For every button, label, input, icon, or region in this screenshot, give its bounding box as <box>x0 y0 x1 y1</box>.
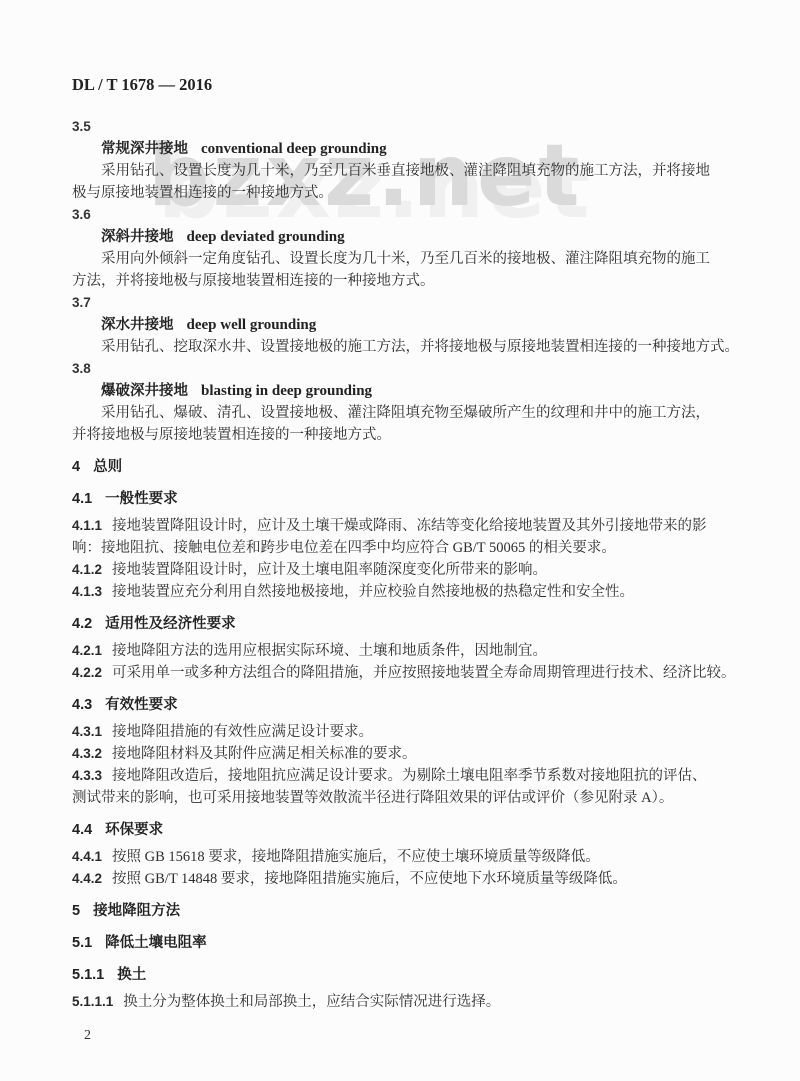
heading-number: 4.2 <box>72 616 92 632</box>
clause-paragraph: 4.3.1接地降阻措施的有效性应满足设计要求。 <box>72 721 744 743</box>
section-heading: 4.1一般性要求 <box>72 488 744 510</box>
term-english: blasting in deep grounding <box>201 383 372 399</box>
text-line: 4.3.3接地降阻改造后，接地阻抗应满足设计要求。为剔除土壤电阻率季节系数对接地… <box>72 765 744 787</box>
text-line: 极与原接地装置相连接的一种接地方式。 <box>72 182 744 204</box>
clause-item-text: 接地降阻措施的有效性应满足设计要求。 <box>112 724 373 740</box>
term-english: deep well grounding <box>187 317 317 333</box>
heading-title: 接地降阻方法 <box>93 903 180 919</box>
heading-number: 4.1 <box>72 491 92 507</box>
term-english: deep deviated grounding <box>187 229 345 245</box>
clause-paragraph: 4.1.1接地装置降阻设计时，应计及土壤干燥或降雨、冻结等变化给接地装置及其外引… <box>72 515 744 559</box>
clause-item-number: 4.2.2 <box>72 665 102 680</box>
heading-number: 5 <box>72 903 80 919</box>
text-line: 4.4.2按照 GB/T 14848 要求，接地降阻措施实施后，不应使地下水环境… <box>72 868 744 890</box>
clause-item-number: 4.2.1 <box>72 643 102 658</box>
clause-item-text: 按照 GB 15618 要求，接地降阻措施实施后，不应使土壤环境质量等级降低。 <box>112 849 600 865</box>
term-definition-heading: 深斜井接地deep deviated grounding <box>72 226 744 248</box>
section-heading: 4.3有效性要求 <box>72 694 744 716</box>
text-line: 采用钻孔、挖取深水井、设置接地极的施工方法，并将接地极与原接地装置相连接的一种接… <box>72 336 744 358</box>
clause-paragraph: 4.1.2接地装置降阻设计时，应计及土壤电阻率随深度变化所带来的影响。 <box>72 559 744 581</box>
chapter-heading: 4总则 <box>72 456 744 478</box>
clause-item-number: 5.1.1.1 <box>72 994 113 1009</box>
clause-item-text: 接地降阻方法的选用应根据实际环境、土壤和地质条件，因地制宜。 <box>112 643 547 659</box>
term-english: conventional deep grounding <box>201 141 387 157</box>
text-line: 响：接地阻抗、接触电位差和跨步电位差在四季中均应符合 GB/T 50065 的相… <box>72 537 744 559</box>
term-chinese: 常规深井接地 <box>101 141 188 157</box>
text-line: 采用钻孔、爆破、清孔、设置接地极、灌注降阻填充物至爆破所产生的纹理和井中的施工方… <box>72 402 744 424</box>
text-line: 4.2.2可采用单一或多种方法组合的降阻措施，并应按照接地装置全寿命周期管理进行… <box>72 662 744 684</box>
term-chinese: 深斜井接地 <box>101 229 174 245</box>
term-definition-heading: 深水井接地deep well grounding <box>72 314 744 336</box>
heading-number: 4.4 <box>72 822 92 838</box>
clause-item-number: 4.4.1 <box>72 849 102 864</box>
heading-title: 适用性及经济性要求 <box>105 616 236 632</box>
clause-item-text: 换土分为整体换土和局部换土，应结合实际情况进行选择。 <box>123 994 500 1010</box>
section-heading: 4.4环保要求 <box>72 819 744 841</box>
clause-number: 3.6 <box>72 204 744 226</box>
definition-paragraph: 采用钻孔、挖取深水井、设置接地极的施工方法，并将接地极与原接地装置相连接的一种接… <box>72 336 744 358</box>
heading-title: 总则 <box>93 459 122 475</box>
term-chinese: 深水井接地 <box>101 317 174 333</box>
clause-item-number: 4.4.2 <box>72 871 102 886</box>
clause-item-text: 接地装置降阻设计时，应计及土壤干燥或降雨、冻结等变化给接地装置及其外引接地带来的… <box>112 518 707 534</box>
term-definition-heading: 常规深井接地conventional deep grounding <box>72 138 744 160</box>
clause-item-text: 接地装置应充分利用自然接地极接地，并应校验自然接地极的热稳定性和安全性。 <box>112 584 634 600</box>
clause-paragraph: 4.4.2按照 GB/T 14848 要求，接地降阻措施实施后，不应使地下水环境… <box>72 868 744 890</box>
clause-item-number: 4.3.2 <box>72 746 102 761</box>
document-body: 3.5常规深井接地conventional deep grounding采用钻孔… <box>72 116 744 1013</box>
text-line: 5.1.1.1换土分为整体换土和局部换土，应结合实际情况进行选择。 <box>72 991 744 1013</box>
text-line: 4.3.1接地降阻措施的有效性应满足设计要求。 <box>72 721 744 743</box>
heading-title: 有效性要求 <box>105 697 178 713</box>
heading-title: 环保要求 <box>105 822 163 838</box>
term-definition-heading: 爆破深井接地blasting in deep grounding <box>72 380 744 402</box>
clause-item-number: 4.3.1 <box>72 724 102 739</box>
clause-item-text: 按照 GB/T 14848 要求，接地降阻措施实施后，不应使地下水环境质量等级降… <box>112 871 627 887</box>
clause-item-text: 接地降阻材料及其附件应满足相关标准的要求。 <box>112 746 417 762</box>
text-line: 4.1.3接地装置应充分利用自然接地极接地，并应校验自然接地极的热稳定性和安全性… <box>72 581 744 603</box>
definition-paragraph: 采用钻孔、爆破、清孔、设置接地极、灌注降阻填充物至爆破所产生的纹理和井中的施工方… <box>72 402 744 446</box>
definition-paragraph: 采用钻孔、设置长度为几十米，乃至几百米垂直接地极、灌注降阻填充物的施工方法，并将… <box>72 160 744 204</box>
clause-number: 3.8 <box>72 358 744 380</box>
heading-number: 5.1.1 <box>72 967 104 983</box>
clause-paragraph: 4.4.1按照 GB 15618 要求，接地降阻措施实施后，不应使土壤环境质量等… <box>72 846 744 868</box>
clause-paragraph: 4.1.3接地装置应充分利用自然接地极接地，并应校验自然接地极的热稳定性和安全性… <box>72 581 744 603</box>
clause-paragraph: 4.2.2可采用单一或多种方法组合的降阻措施，并应按照接地装置全寿命周期管理进行… <box>72 662 744 684</box>
clause-item-number: 4.1.2 <box>72 562 102 577</box>
term-chinese: 爆破深井接地 <box>101 383 188 399</box>
clause-number: 3.7 <box>72 292 744 314</box>
text-line: 4.1.1接地装置降阻设计时，应计及土壤干燥或降雨、冻结等变化给接地装置及其外引… <box>72 515 744 537</box>
definition-paragraph: 采用向外倾斜一定角度钻孔、设置长度为几十米，乃至几百米的接地极、灌注降阻填充物的… <box>72 248 744 292</box>
heading-title: 一般性要求 <box>105 491 178 507</box>
clause-item-text: 可采用单一或多种方法组合的降阻措施，并应按照接地装置全寿命周期管理进行技术、经济… <box>112 665 736 681</box>
page-number: 2 <box>72 1025 744 1047</box>
section-heading: 4.2适用性及经济性要求 <box>72 613 744 635</box>
section-heading: 5.1.1换土 <box>72 964 744 986</box>
heading-title: 降低土壤电阻率 <box>105 935 207 951</box>
standard-number-header: DL / T 1678 — 2016 <box>72 76 744 94</box>
clause-paragraph: 4.2.1接地降阻方法的选用应根据实际环境、土壤和地质条件，因地制宜。 <box>72 640 744 662</box>
text-line: 方法，并将接地极与原接地装置相连接的一种接地方式。 <box>72 270 744 292</box>
heading-number: 5.1 <box>72 935 92 951</box>
clause-item-number: 4.3.3 <box>72 768 102 783</box>
text-line: 测试带来的影响，也可采用接地装置等效散流半径进行降阻效果的评估或评价（参见附录 … <box>72 787 744 809</box>
section-heading: 5.1降低土壤电阻率 <box>72 932 744 954</box>
clause-item-number: 4.1.3 <box>72 584 102 599</box>
document-page: bzxz.net DL / T 1678 — 2016 3.5常规深井接地con… <box>0 0 800 1081</box>
heading-number: 4.3 <box>72 697 92 713</box>
clause-number: 3.5 <box>72 116 744 138</box>
clause-paragraph: 5.1.1.1换土分为整体换土和局部换土，应结合实际情况进行选择。 <box>72 991 744 1013</box>
heading-number: 4 <box>72 459 80 475</box>
clause-item-text: 接地降阻改造后，接地阻抗应满足设计要求。为剔除土壤电阻率季节系数对接地阻抗的评估… <box>112 768 707 784</box>
clause-paragraph: 4.3.2接地降阻材料及其附件应满足相关标准的要求。 <box>72 743 744 765</box>
text-line: 采用钻孔、设置长度为几十米，乃至几百米垂直接地极、灌注降阻填充物的施工方法，并将… <box>72 160 744 182</box>
text-line: 4.3.2接地降阻材料及其附件应满足相关标准的要求。 <box>72 743 744 765</box>
clause-paragraph: 4.3.3接地降阻改造后，接地阻抗应满足设计要求。为剔除土壤电阻率季节系数对接地… <box>72 765 744 809</box>
text-line: 采用向外倾斜一定角度钻孔、设置长度为几十米，乃至几百米的接地极、灌注降阻填充物的… <box>72 248 744 270</box>
clause-item-text: 接地装置降阻设计时，应计及土壤电阻率随深度变化所带来的影响。 <box>112 562 547 578</box>
heading-title: 换土 <box>117 967 146 983</box>
text-line: 4.1.2接地装置降阻设计时，应计及土壤电阻率随深度变化所带来的影响。 <box>72 559 744 581</box>
text-line: 并将接地极与原接地装置相连接的一种接地方式。 <box>72 424 744 446</box>
clause-item-number: 4.1.1 <box>72 518 102 533</box>
text-line: 4.4.1按照 GB 15618 要求，接地降阻措施实施后，不应使土壤环境质量等… <box>72 846 744 868</box>
text-line: 4.2.1接地降阻方法的选用应根据实际环境、土壤和地质条件，因地制宜。 <box>72 640 744 662</box>
chapter-heading: 5接地降阻方法 <box>72 900 744 922</box>
